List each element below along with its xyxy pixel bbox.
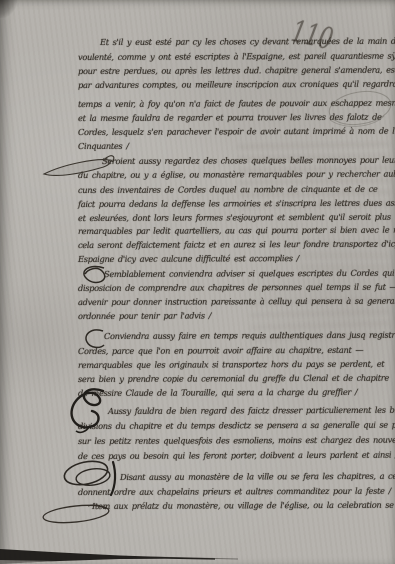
manuscript-line: Seroient aussy regardez des choses quelq… bbox=[102, 154, 395, 166]
manuscript-line: advenir pour donner instruction pareissa… bbox=[78, 296, 395, 307]
manuscript-line: par advantures comptes, ou meilleure ins… bbox=[78, 79, 395, 90]
manuscript-line: cela seront deffaictement faictz et en a… bbox=[78, 238, 395, 250]
manuscript-line: Aussy fauldra de bien regard des faictz … bbox=[108, 405, 395, 416]
manuscript-line: Cordes, lesquelz s'en parachever l'espoi… bbox=[78, 126, 395, 137]
manuscript-line: divisions du chapitre et du temps desdic… bbox=[78, 419, 395, 431]
manuscript-line: Disant aussy au monastère de la ville ou… bbox=[120, 471, 395, 482]
manuscript-line: remarquables par ledit quartelliers, au … bbox=[78, 225, 395, 236]
handwritten-text-block: Et s'il y eust esté par cy les choses cy… bbox=[0, 0, 395, 564]
manuscript-line: Cinquantes / bbox=[78, 141, 129, 151]
manuscript-line: de ces pays ou besoin qui les feront por… bbox=[78, 450, 395, 461]
manuscript-line: voulenté, comme y ont esté escriptes à l… bbox=[78, 51, 395, 62]
manuscript-line: Espaigne d'icy avec aulcune difficulté e… bbox=[78, 253, 299, 264]
manuscript-line: et esleurées, dont lors leurs formes s'e… bbox=[78, 212, 391, 223]
manuscript-line: de messire Claude de la Touraille, qui s… bbox=[78, 387, 357, 398]
manuscript-line: ordonnée pour tenir par l'advis / bbox=[78, 310, 211, 321]
manuscript-line: Conviendra aussy faire en temps requis a… bbox=[104, 330, 395, 341]
manuscript-line: donnent ordre aux chapelains prieurs et … bbox=[78, 486, 391, 497]
manuscript-line: du chapitre, ou y a église, ou monastère… bbox=[78, 169, 395, 180]
manuscript-line: faict pourra dedans la deffense les armo… bbox=[78, 198, 395, 209]
manuscript-line: temps a venir, à foy qu'on n'a faict de … bbox=[78, 97, 395, 109]
manuscript-line: et la mesme fauldra de regarder et pourr… bbox=[78, 112, 382, 123]
manuscript-line: sera bien y prendre copie du ceremonial … bbox=[78, 373, 389, 384]
manuscript-line: disposicion de comprendre aux chapitres … bbox=[78, 282, 395, 293]
manuscript-line: sur les petitz rentes quelquesfois des e… bbox=[78, 435, 395, 446]
manuscript-page: 110 Et s'il y eust esté par cy les chose… bbox=[0, 0, 395, 564]
manuscript-line: Item aux prélatz du monastère, ou villag… bbox=[92, 500, 395, 511]
manuscript-line: Cordes, parce que l'on en pourroit avoir… bbox=[78, 345, 363, 356]
manuscript-line: pour estre perdues, ou après les lettres… bbox=[78, 64, 395, 76]
manuscript-line: remarquables que les originaulx si trans… bbox=[78, 359, 384, 370]
manuscript-line: cuns des inventaires de Cordes duquel au… bbox=[78, 184, 377, 195]
manuscript-line: Et s'il y eust esté par cy les choses cy… bbox=[100, 36, 395, 47]
manuscript-line: Semblablement conviendra adviser si quel… bbox=[104, 268, 395, 279]
